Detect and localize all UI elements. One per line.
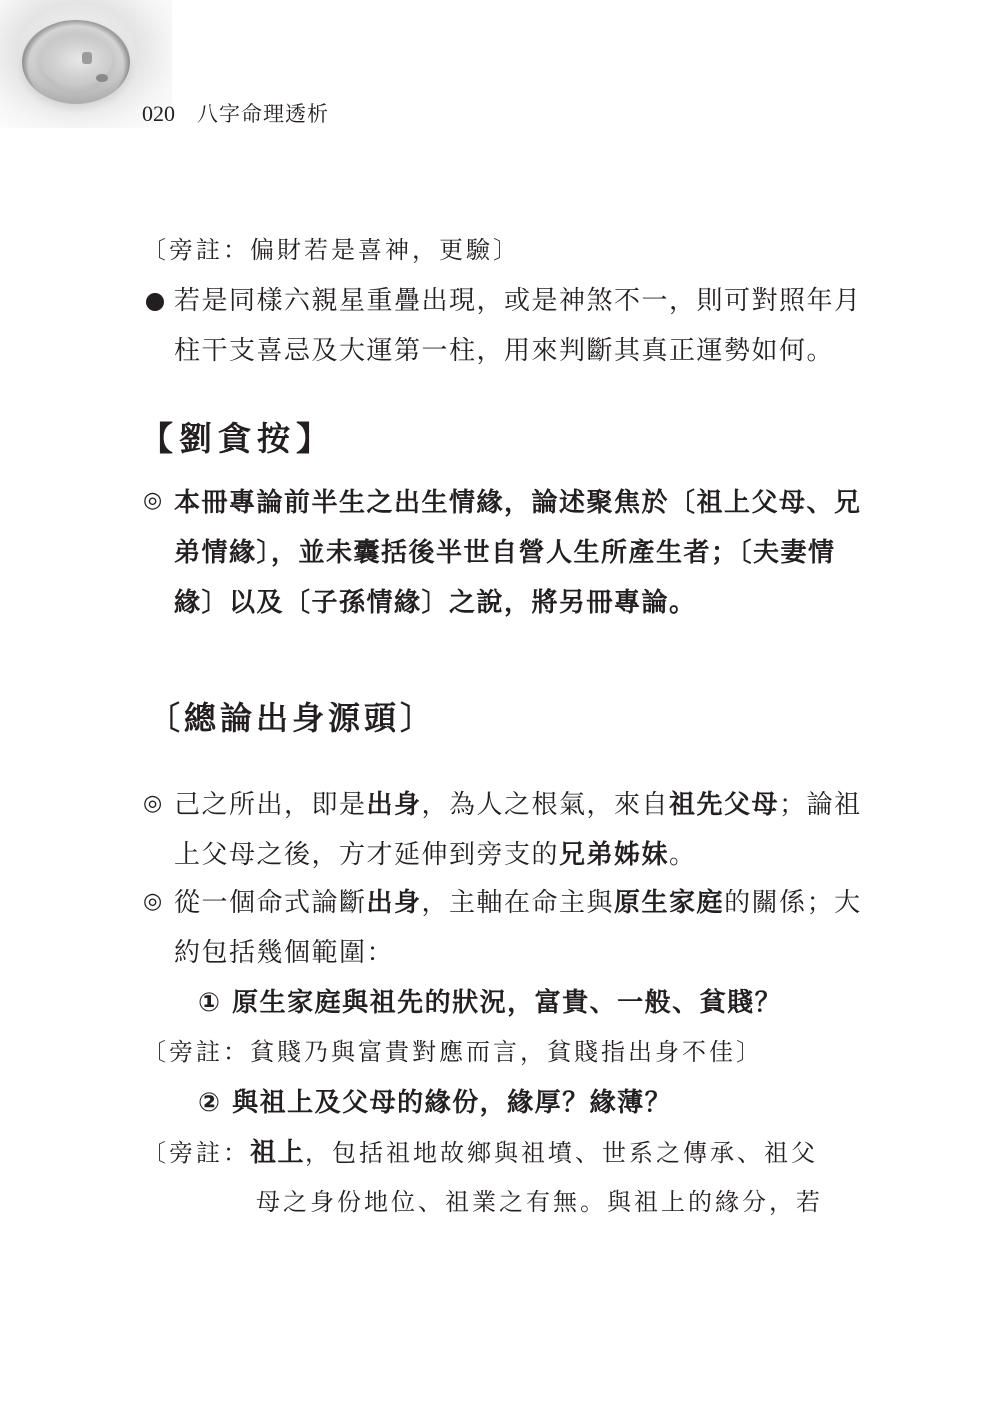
text: 的關係；大 (724, 888, 862, 918)
side-note-line: 母之身份地位、祖業之有無。與祖上的緣分，若 (256, 1190, 823, 1214)
paragraph-line: 弟情緣〕，並未囊括後半世自營人生所產生者；〔夫妻情 (174, 540, 836, 566)
double-circle-icon: ◎ (143, 490, 162, 512)
paragraph-line: 約包括幾個範圍： (174, 940, 394, 966)
emphasis: 祖先父母 (669, 790, 779, 820)
emphasis: 出身 (367, 790, 422, 820)
text: 上父母之後，方才延伸到旁支的 (174, 840, 559, 870)
text: 從一個命式論斷 (174, 888, 367, 918)
paragraph-line: 從一個命式論斷出身，主軸在命主與原生家庭的關係；大 (174, 890, 862, 916)
emphasis: 兄弟姊妹 (559, 840, 669, 870)
side-note: 〔旁註：貧賤乃與富貴對應而言，貧賤指出身不佳〕 (142, 1040, 763, 1064)
text: ，包括祖地故鄉與祖墳、世系之傳承、祖父 (305, 1139, 818, 1167)
side-note: 〔旁註：偏財若是喜神，更驗〕 (142, 238, 520, 262)
page-number: 020 (142, 101, 175, 127)
numbered-item: ② 與祖上及父母的緣份，緣厚？緣薄？ (198, 1090, 672, 1116)
double-circle-icon: ◎ (143, 891, 162, 913)
text: ，為人之根氣，來自 (422, 790, 670, 820)
section-heading: 〔總論出身源頭〕 (148, 693, 436, 739)
bullet-line: 若是同樣六親星重疊出現，或是神煞不一，則可對照年月 (174, 288, 862, 314)
emphasis: 出身 (367, 888, 422, 918)
compass-face (40, 34, 112, 86)
text: 。 (669, 840, 697, 870)
paragraph-line: 緣〕以及〔子孫情緣〕之說，將另冊專論。 (174, 590, 697, 616)
paragraph-line: 本冊專論前半生之出生情緣，論述聚焦於〔祖上父母、兄 (174, 490, 862, 516)
section-heading: 【劉貪按】 (140, 413, 335, 460)
paragraph-line: 上父母之後，方才延伸到旁支的兄弟姊妹。 (174, 842, 697, 868)
side-note: 〔旁註：祖上，包括祖地故鄉與祖墳、世系之傳承、祖父 (142, 1140, 818, 1166)
emphasis: 祖上 (250, 1138, 305, 1168)
compass-center (96, 74, 108, 82)
text: 〔旁註： (142, 1139, 250, 1167)
emphasis: 原生家庭 (614, 888, 724, 918)
numbered-item: ① 原生家庭與祖先的狀況，富貴、一般、貧賤？ (198, 990, 782, 1016)
running-head: 020 八字命理透析 (142, 98, 329, 128)
double-circle-icon: ◎ (143, 793, 162, 815)
text: ；論祖 (779, 790, 862, 820)
bullet-line: 柱干支喜忌及大運第一柱，用來判斷其真正運勢如何。 (174, 338, 834, 364)
text: 己之所出，即是 (174, 790, 367, 820)
bullet-icon (146, 293, 164, 311)
compass-ring (22, 20, 130, 104)
book-title: 八字命理透析 (197, 98, 329, 128)
text: ，主軸在命主與 (422, 888, 615, 918)
compass-knob (82, 52, 92, 64)
paragraph-line: 己之所出，即是出身，為人之根氣，來自祖先父母；論祖 (174, 792, 862, 818)
